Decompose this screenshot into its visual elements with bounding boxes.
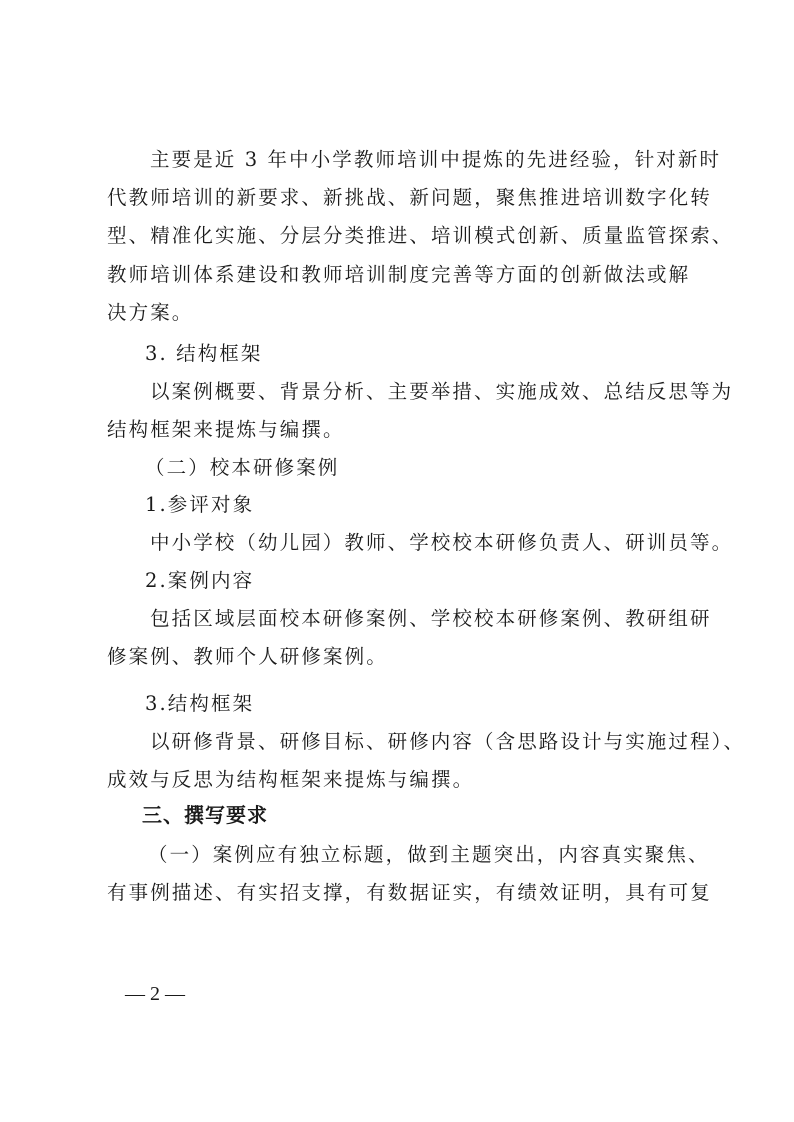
body-text-line: 修案例、教师个人研修案例。 [107, 638, 707, 676]
body-text-line: 包括区域层面校本研修案例、学校校本研修案例、教研组研 [150, 600, 750, 638]
body-text-line: （一）案例应有独立标题，做到主题突出，内容真实聚焦、 [148, 836, 748, 874]
page-number: — 2 — [125, 980, 185, 1008]
subheading-structure-framework: 3. 结构框架 [145, 335, 745, 373]
section-heading: 三、撰写要求 [142, 796, 742, 834]
body-text-line: 有事例描述、有实招支撑，有数据证实，有绩效证明，具有可复 [107, 874, 707, 912]
subheading-participants: 1.参评对象 [145, 486, 745, 524]
body-text-line: 教师培训体系建设和教师培训制度完善等方面的创新做法或解 [107, 256, 707, 294]
subheading-case-content: 2.案例内容 [145, 562, 745, 600]
body-text-line: 主要是近 3 年中小学教师培训中提炼的先进经验，针对新时 [150, 141, 750, 179]
body-text-line: 中小学校（幼儿园）教师、学校校本研修负责人、研训员等。 [150, 524, 750, 562]
body-text-line: 成效与反思为结构框架来提炼与编撰。 [107, 761, 707, 799]
body-text-line: 以案例概要、背景分析、主要举措、实施成效、总结反思等为 [150, 373, 750, 411]
body-text-line: 以研修背景、研修目标、研修内容（含思路设计与实施过程）、 [150, 723, 750, 761]
body-text-line: 型、精准化实施、分层分类推进、培训模式创新、质量监管探索、 [107, 217, 707, 255]
body-text-line: 代教师培训的新要求、新挑战、新问题，聚焦推进培训数字化转 [107, 179, 707, 217]
body-text-line: 结构框架来提炼与编撰。 [107, 411, 707, 449]
body-text-line: 决方案。 [107, 294, 707, 332]
subheading-structure-framework: 3.结构框架 [145, 685, 745, 723]
document-page: 主要是近 3 年中小学教师培训中提炼的先进经验，针对新时 代教师培训的新要求、新… [0, 0, 794, 1122]
section-subheading: （二）校本研修案例 [145, 449, 745, 487]
